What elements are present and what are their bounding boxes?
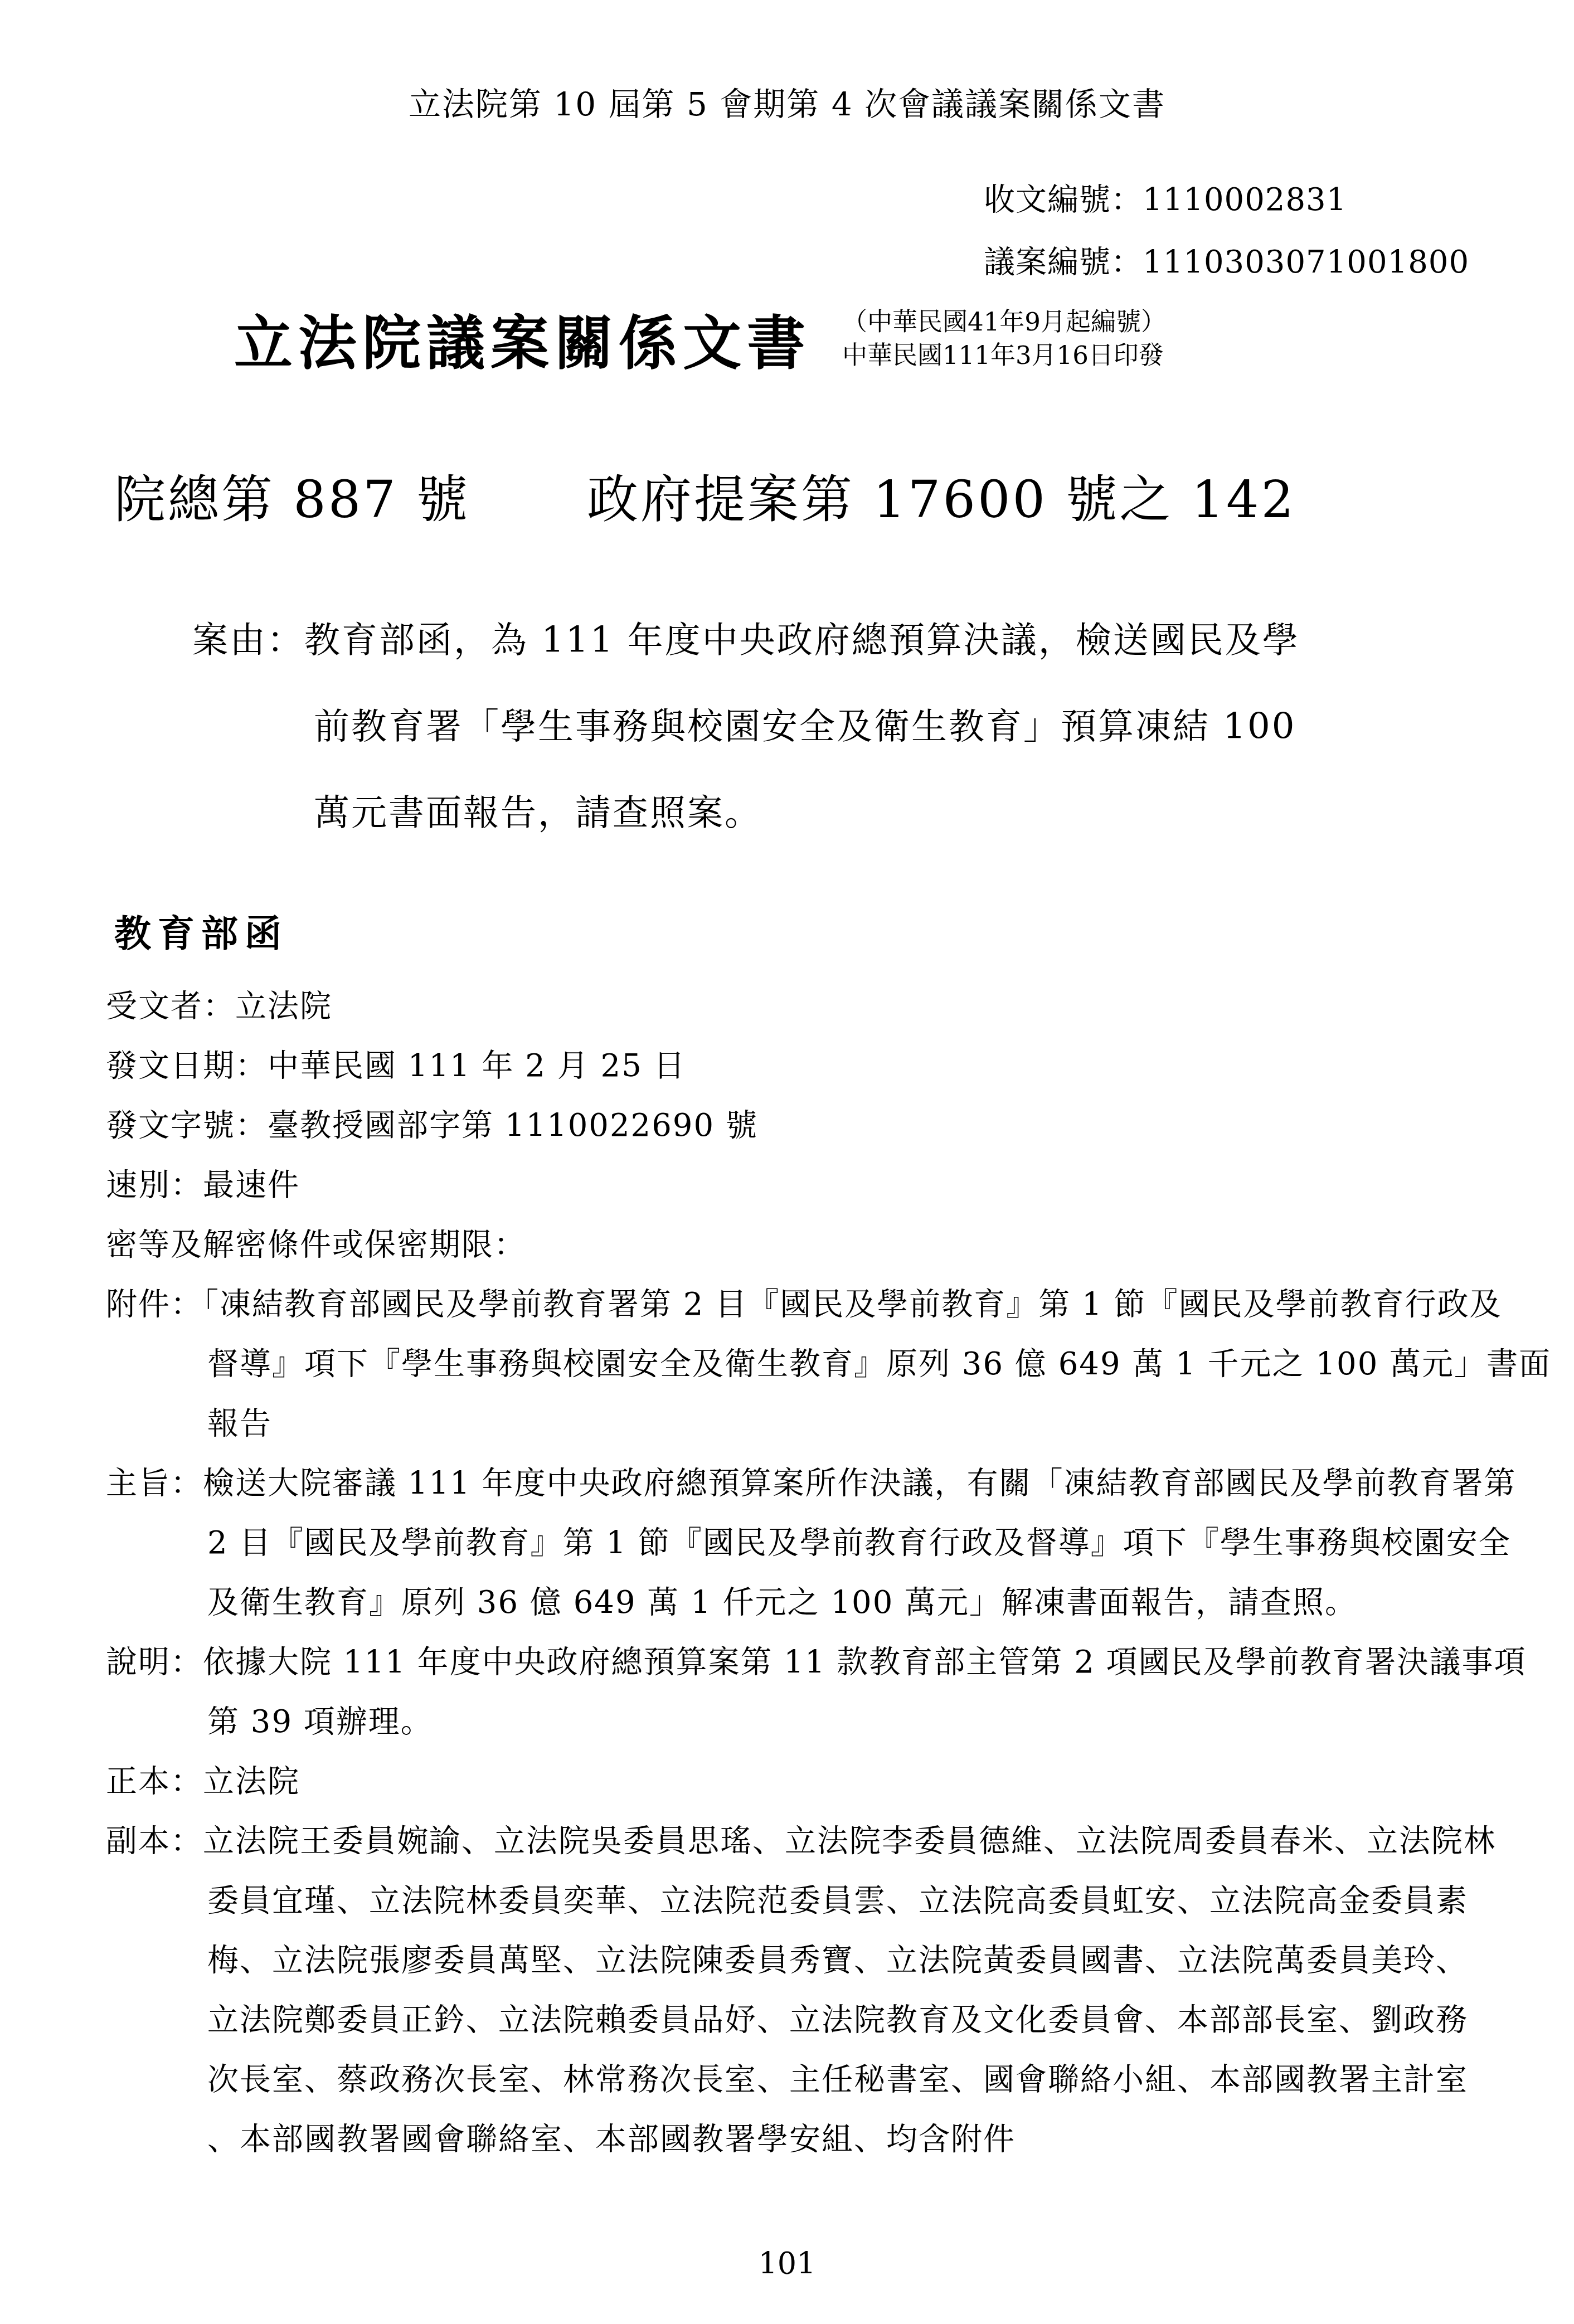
letter-cc-line-1: 副本：立法院王委員婉諭、立法院吳委員思瑤、立法院李委員德維、立法院周委員春米、立… [106, 1811, 1488, 1871]
letter-ref-number: 發文字號：臺教授國部字第 1110022690 號 [106, 1096, 1488, 1155]
case-summary-line-1: 案由：教育部函，為 111 年度中央政府總預算決議，檢送國民及學 [192, 597, 1300, 684]
letter-cc-line-5: 次長室、蔡政務次長室、林常務次長室、主任秘書室、國會聯絡小組、本部國教署主計室 [106, 2050, 1488, 2109]
title-note-numbering: （中華民國41年9月起編號） [842, 305, 1166, 339]
letter-cc-line-2: 委員宜瑾、立法院林委員奕華、立法院范委員雲、立法院高委員虹安、立法院高金委員素 [106, 1871, 1488, 1931]
title-notes: （中華民國41年9月起編號） 中華民國111年3月16日印發 [842, 305, 1166, 372]
letter-speed: 速別：最速件 [106, 1155, 1488, 1215]
letter-attachment-line-3: 報告 [106, 1394, 1488, 1453]
letter-original-recipient: 正本：立法院 [106, 1752, 1488, 1811]
letter-attachment-line-1: 附件：「凍結教育部國民及學前教育署第 2 目『國民及學前教育』第 1 節『國民及… [106, 1275, 1488, 1334]
letter-subject-line-2: 2 目『國民及學前教育』第 1 節『國民及學前教育行政及督導』項下『學生事務與校… [106, 1513, 1488, 1573]
reference-numbers: 收文編號：1110002831 議案編號：1110303071001800 [984, 169, 1469, 294]
letter-subject-line-1: 主旨：檢送大院審議 111 年度中央政府總預算案所作決議，有關「凍結教育部國民及… [106, 1453, 1488, 1513]
document-numbers-row: 院總第 887 號 政府提案第 17600 號之 142 [114, 459, 1296, 532]
case-summary-line-3: 萬元書面報告，請查照案。 [192, 770, 1300, 857]
meeting-header: 立法院第 10 屆第 5 會期第 4 次會議議案關係文書 [0, 78, 1574, 125]
letter-subject-line-3: 及衛生教育』原列 36 億 649 萬 1 仟元之 100 萬元」解凍書面報告，… [106, 1573, 1488, 1632]
page-number: 101 [0, 2246, 1574, 2281]
gov-proposal-number: 政府提案第 17600 號之 142 [587, 459, 1296, 532]
case-summary-line-2: 前教育署「學生事務與校園安全及衛生教育」預算凍結 100 [192, 684, 1300, 770]
letter-classification: 密等及解密條件或保密期限： [106, 1215, 1488, 1275]
letter-attachment-line-2: 督導』項下『學生事務與校園安全及衛生教育』原列 36 億 649 萬 1 千元之… [106, 1334, 1488, 1394]
yuan-general-number: 院總第 887 號 [114, 459, 470, 532]
letter-cc-line-3: 梅、立法院張廖委員萬堅、立法院陳委員秀寶、立法院黃委員國書、立法院萬委員美玲、 [106, 1931, 1488, 1990]
letter-explanation-line-1: 說明：依據大院 111 年度中央政府總預算案第 11 款教育部主管第 2 項國民… [106, 1632, 1488, 1692]
ministry-letter-heading: 教育部函 [114, 904, 288, 957]
case-summary: 案由：教育部函，為 111 年度中央政府總預算決議，檢送國民及學 前教育署「學生… [192, 597, 1300, 857]
letter-cc-line-4: 立法院鄭委員正鈐、立法院賴委員品妤、立法院教育及文化委員會、本部部長室、劉政務 [106, 1990, 1488, 2050]
letter-date: 發文日期：中華民國 111 年 2 月 25 日 [106, 1036, 1488, 1096]
document-page: 立法院第 10 屆第 5 會期第 4 次會議議案關係文書 收文編號：111000… [0, 0, 1574, 2324]
letter-body: 受文者：立法院 發文日期：中華民國 111 年 2 月 25 日 發文字號：臺教… [106, 976, 1488, 2169]
document-title-row: 立法院議案關係文書 （中華民國41年9月起編號） 中華民國111年3月16日印發 [234, 296, 1166, 381]
receipt-number: 收文編號：1110002831 [984, 169, 1469, 231]
document-title: 立法院議案關係文書 [234, 296, 811, 381]
letter-explanation-line-2: 第 39 項辦理。 [106, 1692, 1488, 1752]
bill-number: 議案編號：1110303071001800 [984, 231, 1469, 294]
letter-cc-line-6: 、本部國教署國會聯絡室、本部國教署學安組、均含附件 [106, 2109, 1488, 2169]
title-note-print-date: 中華民國111年3月16日印發 [842, 339, 1166, 372]
letter-recipient: 受文者：立法院 [106, 976, 1488, 1036]
